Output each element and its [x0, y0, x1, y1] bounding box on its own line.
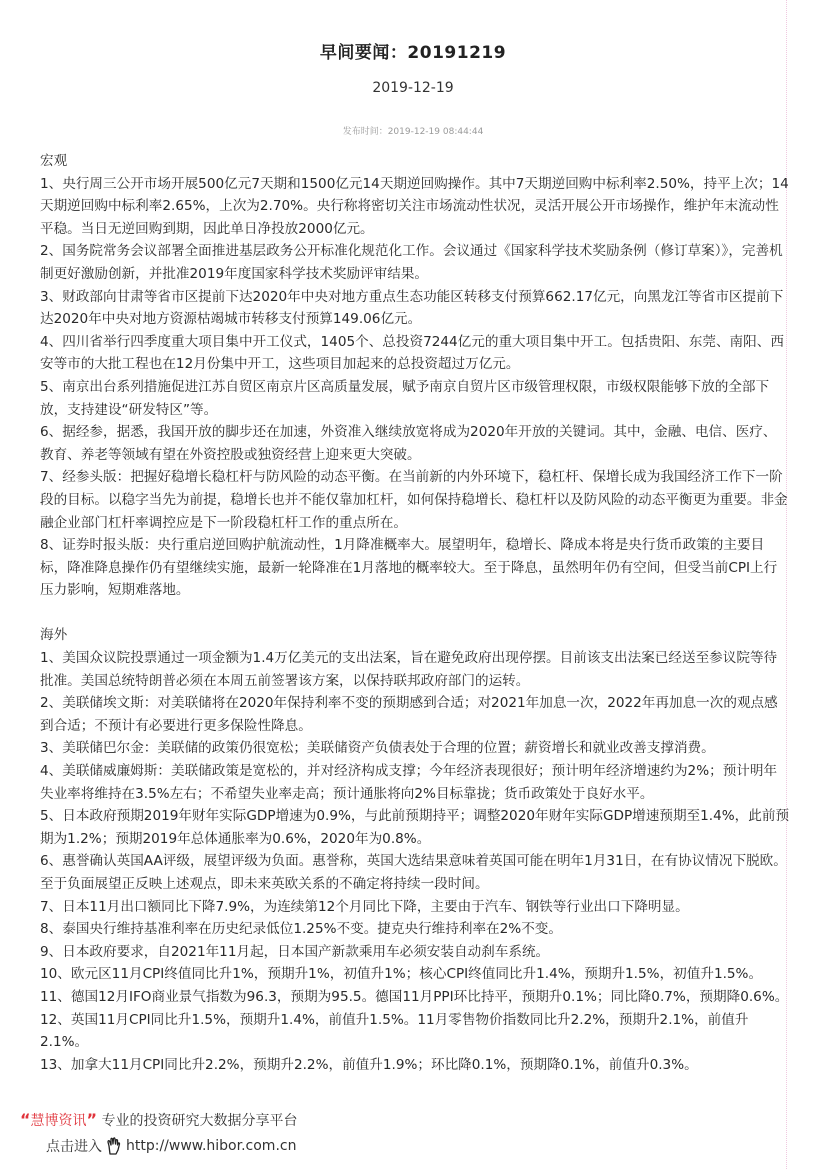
news-item: 8、泰国央行维持基准利率在历史纪录低位1.25%不变。捷克央行维持利率在2%不变…: [40, 918, 790, 941]
enter-label: 点击进入: [46, 1136, 102, 1156]
news-item: 12、英国11月CPI同比升1.5%，预期升1.4%，前值升1.5%。11月零售…: [40, 1009, 790, 1054]
news-item: 6、据经参，据悉，我国开放的脚步还在加速，外资准入继续放宽将成为2020年开放的…: [40, 421, 790, 466]
news-item: 4、美联储威廉姆斯：美联储政策是宽松的，并对经济构成支撑；今年经济表现很好；预计…: [40, 760, 790, 805]
news-item: 8、证券时报头版：央行重启逆回购护航流动性，1月降准概率大。展望明年，稳增长、降…: [40, 534, 790, 602]
news-item: 5、日本政府预期2019年财年实际GDP增速为0.9%，与此前预期持平；调整20…: [40, 805, 790, 850]
footer-banner: “慧博资讯” 专业的投资研究大数据分享平台 点击进入 http://www.hi…: [20, 1110, 297, 1156]
section-title: 海外: [40, 624, 790, 647]
page-title: 早间要闻：20191219: [0, 38, 826, 63]
news-item: 13、加拿大11月CPI同比升2.2%，预期升2.2%，前值升1.9%；环比降0…: [40, 1054, 790, 1077]
publish-time: 发布时间：2019-12-19 08:44:44: [0, 124, 826, 137]
news-item: 10、欧元区11月CPI终值同比升1%，预期升1%，初值升1%；核心CPI终值同…: [40, 963, 790, 986]
news-item: 1、央行周三公开市场开展500亿元7天期和1500亿元14天期逆回购操作。其中7…: [40, 173, 790, 241]
section-spacer: [40, 602, 790, 625]
news-item: 4、四川省举行四季度重大项目集中开工仪式，1405个、总投资7244亿元的重大项…: [40, 331, 790, 376]
hibor-link[interactable]: http://www.hibor.com.cn: [126, 1138, 296, 1154]
quote-open: “: [20, 1110, 31, 1129]
news-item: 3、财政部向甘肃等省市区提前下达2020年中央对地方重点生态功能区转移支付预算6…: [40, 286, 790, 331]
footer-tagline: “慧博资讯” 专业的投资研究大数据分享平台: [20, 1110, 297, 1132]
news-item: 5、南京出台系列措施促进江苏自贸区南京片区高质量发展，赋予南京自贸片区市级管理权…: [40, 376, 790, 421]
news-item: 9、日本政府要求，自2021年11月起，日本国产新款乘用车必须安装自动刹车系统。: [40, 941, 790, 964]
footer-link-row[interactable]: 点击进入 http://www.hibor.com.cn: [46, 1136, 297, 1156]
news-item: 7、日本11月出口额同比下降7.9%，为连续第12个月同比下降，主要由于汽车、钢…: [40, 896, 790, 919]
news-item: 11、德国12月IFO商业景气指数为96.3，预期为95.5。德国11月PPI环…: [40, 986, 790, 1009]
news-item: 1、美国众议院投票通过一项金额为1.4万亿美元的支出法案，旨在避免政府出现停摆。…: [40, 647, 790, 692]
news-item: 7、经参头版：把握好稳增长稳杠杆与防风险的动态平衡。在当前新的内外环境下，稳杠杆…: [40, 466, 790, 534]
article-body: 宏观 1、央行周三公开市场开展500亿元7天期和1500亿元14天期逆回购操作。…: [40, 150, 790, 1076]
quote-close: ”: [87, 1110, 98, 1129]
section-title: 宏观: [40, 150, 790, 173]
brand-name: 慧博资讯: [31, 1113, 87, 1129]
news-item: 3、美联储巴尔金：美联储的政策仍很宽松；美联储资产负债表处于合理的位置；薪资增长…: [40, 737, 790, 760]
section-overseas: 海外 1、美国众议院投票通过一项金额为1.4万亿美元的支出法案，旨在避免政府出现…: [40, 624, 790, 1076]
news-item: 2、国务院常务会议部署全面推进基层政务公开标准化规范化工作。会议通过《国家科学技…: [40, 240, 790, 285]
tagline-text: 专业的投资研究大数据分享平台: [101, 1113, 297, 1129]
news-item: 6、惠誉确认英国AA评级，展望评级为负面。惠誉称，英国大选结果意味着英国可能在明…: [40, 850, 790, 895]
section-macro: 宏观 1、央行周三公开市场开展500亿元7天期和1500亿元14天期逆回购操作。…: [40, 150, 790, 602]
news-item: 2、美联储埃文斯：对美联储将在2020年保持利率不变的预期感到合适；对2021年…: [40, 692, 790, 737]
page-date: 2019-12-19: [0, 80, 826, 96]
pointing-hand-icon: [104, 1136, 124, 1156]
